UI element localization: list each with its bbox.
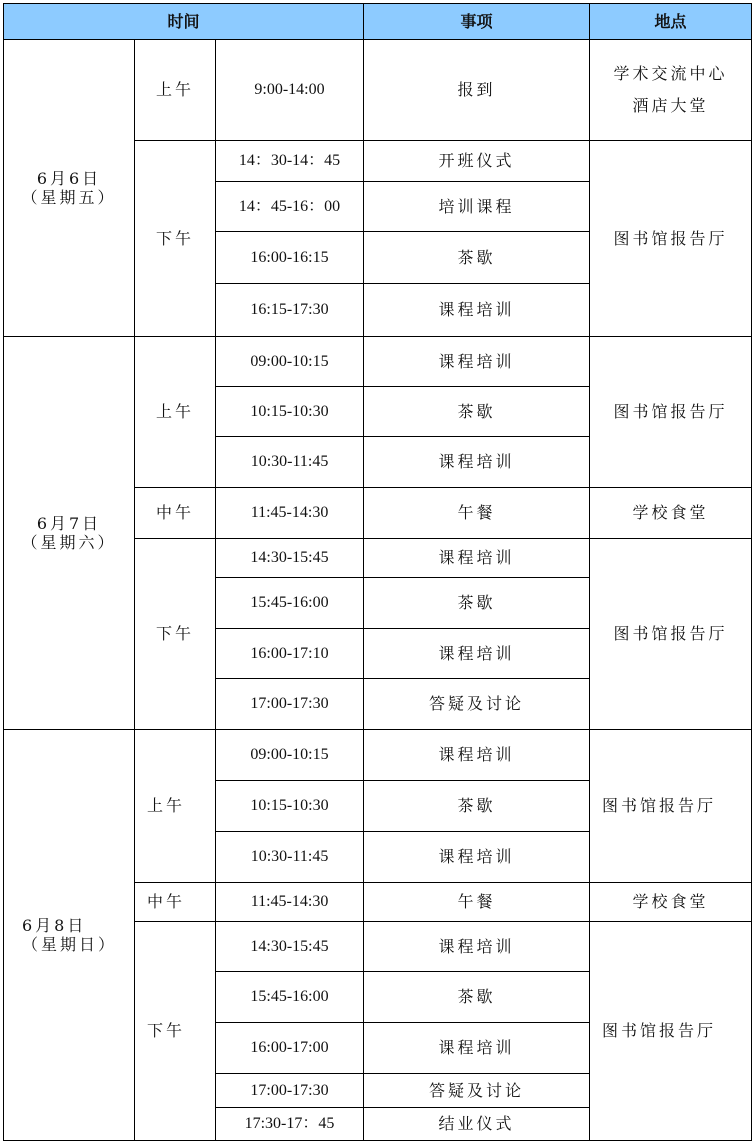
- date-cell: 6月6日 （星期五）: [4, 40, 135, 337]
- time-cell: 14:30-15:45: [216, 539, 364, 578]
- time-cell: 16:15-17:30: [216, 284, 364, 337]
- date-cell: 6月7日 （星期六）: [4, 337, 135, 730]
- time-cell: 16:00-17:10: [216, 629, 364, 679]
- time-cell: 09:00-10:15: [216, 337, 364, 387]
- time-cell: 11:45-14:30: [216, 488, 364, 539]
- period-label: 中午: [135, 883, 216, 922]
- table-row: 6月7日 （星期六） 上午 09:00-10:15 课程培训 图书馆报告厅: [4, 337, 752, 387]
- header-time: 时间: [4, 4, 364, 40]
- item-cell: 茶歇: [364, 781, 590, 832]
- item-cell: 课程培训: [364, 539, 590, 578]
- schedule-table: 时间 事项 地点 6月6日 （星期五） 上午 9:00-14:00 报到 学术交…: [3, 3, 752, 1141]
- location-cell: 学校食堂: [590, 883, 752, 922]
- item-cell: 报到: [364, 40, 590, 141]
- date-label: 6月8日: [22, 916, 134, 935]
- item-cell: 茶歇: [364, 972, 590, 1023]
- period-label: 下午: [135, 539, 216, 730]
- item-cell: 课程培训: [364, 337, 590, 387]
- location-line: 酒店大堂: [590, 90, 751, 122]
- date-cell: 6月8日 （星期日）: [4, 730, 135, 1141]
- item-cell: 课程培训: [364, 629, 590, 679]
- time-cell: 16:00-16:15: [216, 232, 364, 284]
- location-cell: 图书馆报告厅: [590, 539, 752, 730]
- item-cell: 茶歇: [364, 232, 590, 284]
- period-label: 下午: [135, 922, 216, 1141]
- time-cell: 14:30-15:45: [216, 922, 364, 972]
- time-cell: 15:45-16:00: [216, 972, 364, 1023]
- time-cell: 10:30-11:45: [216, 832, 364, 883]
- time-cell: 11:45-14:30: [216, 883, 364, 922]
- period-label: 下午: [135, 141, 216, 337]
- item-cell: 课程培训: [364, 832, 590, 883]
- time-cell: 17:00-17:30: [216, 679, 364, 730]
- time-cell: 15:45-16:00: [216, 578, 364, 629]
- item-cell: 课程培训: [364, 1023, 590, 1074]
- date-label: 6月6日: [4, 169, 134, 188]
- period-label: 上午: [135, 40, 216, 141]
- item-cell: 课程培训: [364, 284, 590, 337]
- time-cell: 14：45-16：00: [216, 182, 364, 232]
- time-cell: 10:15-10:30: [216, 387, 364, 437]
- item-cell: 课程培训: [364, 730, 590, 781]
- location-cell: 图书馆报告厅: [590, 730, 752, 883]
- period-label: 上午: [135, 730, 216, 883]
- item-cell: 答疑及讨论: [364, 1074, 590, 1108]
- location-cell: 图书馆报告厅: [590, 337, 752, 488]
- header-item: 事项: [364, 4, 590, 40]
- weekday-label: （星期六）: [4, 533, 134, 552]
- time-cell: 10:15-10:30: [216, 781, 364, 832]
- period-label: 上午: [135, 337, 216, 488]
- location-line: 学术交流中心: [590, 58, 751, 90]
- time-cell: 14：30-14：45: [216, 141, 364, 182]
- item-cell: 课程培训: [364, 437, 590, 488]
- time-cell: 17:00-17:30: [216, 1074, 364, 1108]
- time-cell: 17:30-17：45: [216, 1108, 364, 1141]
- location-cell: 图书馆报告厅: [590, 141, 752, 337]
- period-label: 中午: [135, 488, 216, 539]
- location-cell: 图书馆报告厅: [590, 922, 752, 1141]
- item-cell: 午餐: [364, 488, 590, 539]
- location-cell: 学术交流中心 酒店大堂: [590, 40, 752, 141]
- item-cell: 茶歇: [364, 387, 590, 437]
- item-cell: 培训课程: [364, 182, 590, 232]
- item-cell: 课程培训: [364, 922, 590, 972]
- date-label: 6月7日: [4, 514, 134, 533]
- item-cell: 开班仪式: [364, 141, 590, 182]
- table-row: 6月8日 （星期日） 上午 09:00-10:15 课程培训 图书馆报告厅: [4, 730, 752, 781]
- table-row: 6月6日 （星期五） 上午 9:00-14:00 报到 学术交流中心 酒店大堂: [4, 40, 752, 141]
- item-cell: 答疑及讨论: [364, 679, 590, 730]
- time-cell: 16:00-17:00: [216, 1023, 364, 1074]
- time-cell: 10:30-11:45: [216, 437, 364, 488]
- header-location: 地点: [590, 4, 752, 40]
- item-cell: 茶歇: [364, 578, 590, 629]
- item-cell: 午餐: [364, 883, 590, 922]
- item-cell: 结业仪式: [364, 1108, 590, 1141]
- weekday-label: （星期日）: [22, 935, 134, 954]
- weekday-label: （星期五）: [4, 188, 134, 207]
- header-row: 时间 事项 地点: [4, 4, 752, 40]
- time-cell: 09:00-10:15: [216, 730, 364, 781]
- time-cell: 9:00-14:00: [216, 40, 364, 141]
- location-cell: 学校食堂: [590, 488, 752, 539]
